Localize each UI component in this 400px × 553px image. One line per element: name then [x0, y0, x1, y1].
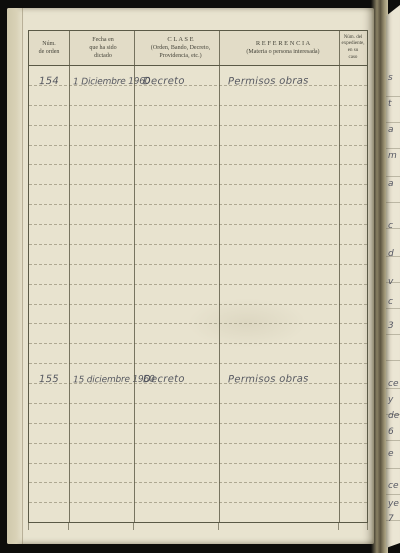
- empty-cell: [29, 285, 69, 304]
- empty-cell: [339, 106, 367, 125]
- empty-cell: [219, 464, 339, 483]
- empty-cell: [219, 384, 339, 403]
- adjacent-handwriting-fragment: e: [388, 450, 394, 459]
- table-row: [29, 384, 367, 404]
- table-row: [29, 444, 367, 464]
- table-row: [29, 503, 367, 522]
- adjacent-handwriting-fragment: ce: [388, 482, 399, 491]
- empty-cell: [29, 404, 69, 423]
- adjacent-page-rule: [386, 96, 400, 97]
- empty-cell: [219, 126, 339, 145]
- empty-cell: [29, 245, 69, 264]
- adjacent-page: stamacdvc3ceyde6eceye7: [386, 0, 400, 553]
- empty-cell: [69, 344, 134, 363]
- empty-cell: [29, 424, 69, 443]
- adjacent-handwriting-fragment: v: [388, 278, 393, 287]
- entry-fecha-cell: 1 Diciembre 1960: [69, 66, 134, 85]
- empty-cell: [29, 344, 69, 363]
- empty-cell: [29, 106, 69, 125]
- empty-cell: [69, 185, 134, 204]
- adjacent-handwriting-fragment: a: [388, 180, 394, 189]
- empty-cell: [134, 205, 219, 224]
- empty-cell: [69, 483, 134, 502]
- empty-cell: [339, 464, 367, 483]
- empty-cell: [339, 444, 367, 463]
- empty-cell: [69, 404, 134, 423]
- empty-cell: [219, 305, 339, 324]
- empty-cell: [69, 225, 134, 244]
- empty-cell: [339, 126, 367, 145]
- table-header-row: Núm. de orden Fecha en que ha sido dicta…: [29, 31, 367, 66]
- empty-cell: [339, 424, 367, 443]
- empty-cell: [219, 503, 339, 522]
- empty-cell: [219, 225, 339, 244]
- adjacent-page-rule: [386, 308, 400, 309]
- empty-cell: [134, 503, 219, 522]
- header-num-expediente: Núm. del expediente, en su caso: [339, 31, 367, 65]
- table-row: [29, 305, 367, 325]
- book-spine-gutter: [371, 0, 388, 553]
- empty-cell: [219, 324, 339, 343]
- header-line: (Materia o persona interesada): [246, 48, 319, 56]
- header-line: expediente,: [342, 41, 365, 48]
- empty-cell: [339, 364, 367, 383]
- handwritten-clase: Decreto: [143, 77, 185, 87]
- empty-cell: [134, 324, 219, 343]
- adjacent-handwriting-fragment: c: [388, 222, 393, 231]
- empty-cell: [134, 424, 219, 443]
- empty-cell: [339, 324, 367, 343]
- empty-cell: [69, 86, 134, 105]
- adjacent-handwriting-fragment: de: [388, 412, 399, 421]
- empty-cell: [134, 126, 219, 145]
- empty-cell: [339, 285, 367, 304]
- empty-cell: [29, 464, 69, 483]
- entry-num-cell: 154: [29, 66, 69, 85]
- empty-cell: [134, 285, 219, 304]
- empty-cell: [339, 384, 367, 403]
- empty-cell: [339, 66, 367, 85]
- table-row: [29, 86, 367, 106]
- header-line: Fecha en: [92, 36, 114, 44]
- entry-clase-cell: Decreto: [134, 66, 219, 85]
- empty-cell: [69, 165, 134, 184]
- empty-cell: [134, 185, 219, 204]
- empty-cell: [29, 324, 69, 343]
- handwritten-clase: Decreto: [143, 375, 185, 385]
- empty-cell: [219, 146, 339, 165]
- empty-cell: [134, 225, 219, 244]
- header-line: C L A S E: [167, 36, 193, 45]
- empty-cell: [69, 285, 134, 304]
- header-line: en su: [348, 48, 358, 55]
- empty-cell: [134, 404, 219, 423]
- empty-cell: [29, 444, 69, 463]
- empty-cell: [339, 86, 367, 105]
- table-bottom-ticks: [28, 523, 368, 531]
- header-line: Núm.: [42, 40, 56, 48]
- empty-cell: [29, 483, 69, 502]
- adjacent-handwriting-fragment: ye: [388, 500, 399, 509]
- registry-page: Núm. de orden Fecha en que ha sido dicta…: [7, 8, 374, 544]
- empty-cell: [29, 305, 69, 324]
- adjacent-handwriting-fragment: 6: [388, 428, 394, 437]
- adjacent-handwriting-fragment: y: [388, 396, 393, 405]
- adjacent-page-rule: [386, 122, 400, 123]
- table-row: 1541 Diciembre 1960DecretoPermisos obras: [29, 66, 367, 86]
- adjacent-page-rule: [386, 468, 400, 469]
- empty-cell: [134, 165, 219, 184]
- scanned-registry-spread: Núm. de orden Fecha en que ha sido dicta…: [0, 0, 400, 553]
- empty-cell: [339, 225, 367, 244]
- empty-cell: [29, 165, 69, 184]
- header-line: de orden: [39, 48, 60, 56]
- adjacent-handwriting-fragment: s: [388, 74, 393, 83]
- empty-cell: [29, 503, 69, 522]
- page-crease-line: [22, 8, 23, 544]
- empty-cell: [69, 106, 134, 125]
- entry-fecha-cell: 15 diciembre 1960: [69, 364, 134, 383]
- column-rule: [339, 31, 340, 522]
- adjacent-page-rule: [386, 360, 400, 361]
- column-rule: [134, 31, 135, 522]
- handwritten-referencia: Permisos obras: [228, 375, 309, 386]
- table-row: [29, 404, 367, 424]
- empty-cell: [134, 444, 219, 463]
- empty-cell: [339, 245, 367, 264]
- column-rule: [69, 31, 70, 522]
- header-line: (Orden, Bando, Decreto,: [151, 44, 210, 52]
- empty-cell: [134, 106, 219, 125]
- adjacent-page-rule: [386, 148, 400, 149]
- empty-cell: [134, 384, 219, 403]
- empty-cell: [339, 404, 367, 423]
- empty-cell: [134, 265, 219, 284]
- empty-cell: [69, 444, 134, 463]
- empty-cell: [339, 265, 367, 284]
- empty-cell: [69, 464, 134, 483]
- table-row: 15515 diciembre 1960DecretoPermisos obra…: [29, 364, 367, 384]
- table-body: 1541 Diciembre 1960DecretoPermisos obras…: [29, 66, 367, 522]
- adjacent-handwriting-fragment: c: [388, 298, 393, 307]
- empty-cell: [219, 424, 339, 443]
- adjacent-page-rule: [386, 494, 400, 495]
- empty-cell: [339, 483, 367, 502]
- table-row: [29, 106, 367, 126]
- empty-cell: [219, 106, 339, 125]
- empty-cell: [219, 285, 339, 304]
- empty-cell: [69, 126, 134, 145]
- header-line: Núm. del: [344, 35, 363, 42]
- table-row: [29, 205, 367, 225]
- empty-cell: [219, 86, 339, 105]
- handwritten-num: 155: [39, 375, 59, 385]
- empty-cell: [29, 205, 69, 224]
- adjacent-handwriting-fragment: ce: [388, 380, 399, 389]
- empty-cell: [339, 205, 367, 224]
- empty-cell: [219, 483, 339, 502]
- empty-cell: [339, 344, 367, 363]
- adjacent-handwriting-fragment: t: [388, 100, 392, 109]
- empty-cell: [219, 344, 339, 363]
- header-line: dictado: [94, 52, 112, 60]
- adjacent-page-rule: [386, 202, 400, 203]
- entry-referencia-cell: Permisos obras: [219, 66, 339, 85]
- empty-cell: [339, 185, 367, 204]
- empty-cell: [29, 126, 69, 145]
- header-line: que ha sido: [89, 44, 116, 52]
- table-row: [29, 265, 367, 285]
- column-rule: [219, 31, 220, 522]
- empty-cell: [339, 165, 367, 184]
- adjacent-handwriting-fragment: 3: [388, 322, 394, 331]
- table-row: [29, 424, 367, 444]
- empty-cell: [29, 225, 69, 244]
- header-num-orden: Núm. de orden: [29, 31, 69, 65]
- empty-cell: [69, 424, 134, 443]
- adjacent-page-rule: [386, 440, 400, 441]
- empty-cell: [29, 384, 69, 403]
- handwritten-num: 154: [39, 77, 59, 87]
- adjacent-handwriting-fragment: a: [388, 126, 394, 135]
- empty-cell: [69, 503, 134, 522]
- header-line: Providencia, etc.): [159, 52, 201, 60]
- empty-cell: [69, 205, 134, 224]
- empty-cell: [69, 305, 134, 324]
- empty-cell: [29, 86, 69, 105]
- entry-referencia-cell: Permisos obras: [219, 364, 339, 383]
- header-referencia: R E F E R E N C I A (Materia o persona i…: [219, 31, 339, 65]
- empty-cell: [339, 503, 367, 522]
- empty-cell: [219, 265, 339, 284]
- empty-cell: [219, 165, 339, 184]
- empty-cell: [134, 344, 219, 363]
- header-line: caso: [349, 55, 358, 62]
- adjacent-handwriting-fragment: 7: [388, 515, 394, 524]
- empty-cell: [69, 245, 134, 264]
- adjacent-handwriting-fragment: m: [388, 152, 397, 161]
- handwritten-fecha: 1 Diciembre 1960: [73, 77, 150, 87]
- empty-cell: [69, 265, 134, 284]
- table-row: [29, 483, 367, 503]
- table-row: [29, 464, 367, 484]
- table-row: [29, 225, 367, 245]
- empty-cell: [29, 185, 69, 204]
- adjacent-page-rule: [386, 334, 400, 335]
- empty-cell: [134, 464, 219, 483]
- empty-cell: [69, 384, 134, 403]
- empty-cell: [339, 146, 367, 165]
- registry-table: Núm. de orden Fecha en que ha sido dicta…: [28, 30, 368, 523]
- adjacent-handwriting-fragment: d: [388, 250, 394, 259]
- header-fecha: Fecha en que ha sido dictado: [69, 31, 134, 65]
- empty-cell: [134, 483, 219, 502]
- empty-cell: [219, 404, 339, 423]
- empty-cell: [134, 245, 219, 264]
- empty-cell: [134, 146, 219, 165]
- table-row: [29, 185, 367, 205]
- table-row: [29, 245, 367, 265]
- empty-cell: [219, 185, 339, 204]
- table-row: [29, 324, 367, 344]
- handwritten-referencia: Permisos obras: [228, 76, 309, 87]
- entry-num-cell: 155: [29, 364, 69, 383]
- table-row: [29, 126, 367, 146]
- empty-cell: [29, 265, 69, 284]
- header-clase: C L A S E (Orden, Bando, Decreto, Provid…: [134, 31, 219, 65]
- entry-clase-cell: Decreto: [134, 364, 219, 383]
- adjacent-page-rule: [386, 176, 400, 177]
- table-row: [29, 344, 367, 364]
- empty-cell: [219, 205, 339, 224]
- header-line: R E F E R E N C I A: [256, 40, 310, 49]
- empty-cell: [339, 305, 367, 324]
- empty-cell: [219, 245, 339, 264]
- empty-cell: [29, 146, 69, 165]
- empty-cell: [69, 146, 134, 165]
- empty-cell: [134, 305, 219, 324]
- empty-cell: [219, 444, 339, 463]
- table-row: [29, 285, 367, 305]
- empty-cell: [134, 86, 219, 105]
- empty-cell: [69, 324, 134, 343]
- table-row: [29, 165, 367, 185]
- table-row: [29, 146, 367, 166]
